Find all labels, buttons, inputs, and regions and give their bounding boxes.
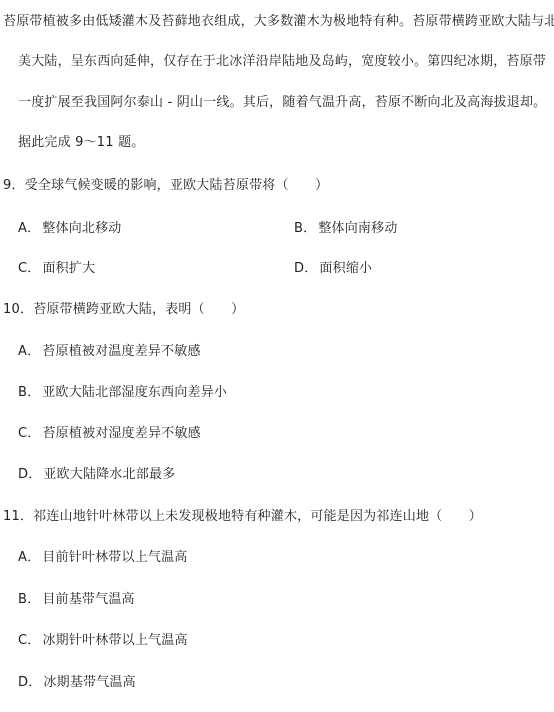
option-letter: D． [294,261,317,276]
option-text: 目前基带气温高 [42,592,134,607]
passage-instruction: 据此完成 9～11 题。 [18,135,144,151]
option-a[interactable]: A．整体向北移动 [18,221,122,237]
option-text: 亚欧大陆北部湿度东西向差异小 [42,385,227,400]
option-d[interactable]: D．冰期基带气温高 [18,675,136,691]
option-b[interactable]: B．亚欧大陆北部湿度东西向差异小 [18,385,227,401]
option-a[interactable]: A．苔原植被对温度差异不敏感 [18,344,201,360]
option-text: 冰期基带气温高 [43,675,135,690]
option-letter: B． [294,221,316,236]
option-b[interactable]: B．整体向南移动 [294,221,398,237]
option-letter: A． [18,344,40,359]
passage-line: 美大陆，呈东西向延伸，仅存在于北冰洋沿岸陆地及岛屿，宽度较小。第四纪冰期，苔原带 [18,54,546,70]
option-letter: D． [18,467,41,482]
passage-line: 苔原带植被多由低矮灌木及苔藓地衣组成，大多数灌木为极地特有种。苔原带横跨亚欧大陆… [3,14,554,30]
question-stem: 11．祁连山地针叶林带以上未发现极地特有种灌木，可能是因为祁连山地（ ） [3,509,482,525]
option-text: 整体向北移动 [42,221,121,236]
option-letter: C． [18,261,40,276]
option-text: 冰期针叶林带以上气温高 [42,633,187,648]
option-c[interactable]: C．冰期针叶林带以上气温高 [18,633,188,649]
option-text: 亚欧大陆降水北部最多 [43,467,175,482]
option-text: 整体向南移动 [318,221,397,236]
option-letter: B． [18,592,40,607]
option-text: 目前针叶林带以上气温高 [42,550,187,565]
option-text: 面积缩小 [319,261,372,276]
option-letter: C． [18,426,40,441]
option-b[interactable]: B．目前基带气温高 [18,592,135,608]
passage-line: 一度扩展至我国阿尔泰山 - 阴山一线。其后，随着气温升高，苔原不断向北及高海拔退… [18,95,546,111]
option-d[interactable]: D．面积缩小 [294,261,372,277]
question-stem: 9．受全球气候变暖的影响，亚欧大陆苔原带将（ ） [3,178,328,194]
option-text: 面积扩大 [42,261,95,276]
option-c[interactable]: C．面积扩大 [18,261,95,277]
option-c[interactable]: C．苔原植被对湿度差异不敏感 [18,426,201,442]
option-letter: C． [18,633,40,648]
option-a[interactable]: A．目前针叶林带以上气温高 [18,550,188,566]
question-stem: 10．苔原带横跨亚欧大陆，表明（ ） [3,302,244,318]
option-text: 苔原植被对温度差异不敏感 [42,344,200,359]
option-letter: D． [18,675,41,690]
option-letter: B． [18,385,40,400]
option-text: 苔原植被对湿度差异不敏感 [42,426,200,441]
option-letter: A． [18,550,40,565]
option-letter: A． [18,221,40,236]
option-d[interactable]: D．亚欧大陆降水北部最多 [18,467,175,483]
